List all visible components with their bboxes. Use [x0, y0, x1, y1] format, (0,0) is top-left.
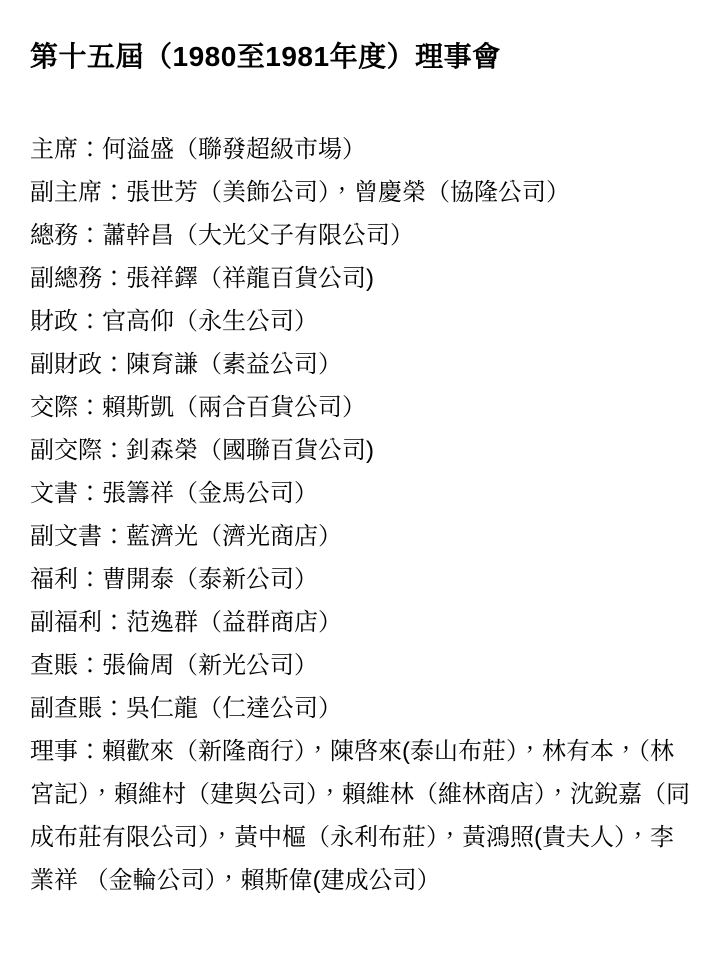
roster-line: 查賬：張倫周（新光公司）: [30, 644, 690, 687]
committee-roster-list: 主席：何溢盛（聯發超級市場）副主席：張世芳（美飾公司），曾慶榮（協隆公司）總務：…: [30, 128, 690, 902]
page-title: 第十五屆（1980至1981年度）理事會: [30, 40, 690, 74]
document-page: 第十五屆（1980至1981年度）理事會 主席：何溢盛（聯發超級市場）副主席：張…: [0, 0, 720, 960]
document-body: 第十五屆（1980至1981年度）理事會 主席：何溢盛（聯發超級市場）副主席：張…: [0, 40, 720, 902]
roster-line: 副查賬：吳仁龍（仁達公司）: [30, 687, 690, 730]
roster-line: 福利：曹開泰（泰新公司）: [30, 558, 690, 601]
roster-line: 理事：賴歡來（新隆商行），陳啓來(泰山布莊），林有本，（林宮記），賴維村（建與公…: [30, 730, 690, 902]
roster-line: 副交際：釗森榮（國聯百貨公司): [30, 429, 690, 472]
roster-line: 副福利：范逸群（益群商店）: [30, 601, 690, 644]
roster-line: 文書：張籌祥（金馬公司）: [30, 472, 690, 515]
roster-line: 總務：蕭幹昌（大光父子有限公司）: [30, 214, 690, 257]
roster-line: 副文書：藍濟光（濟光商店）: [30, 515, 690, 558]
roster-line: 主席：何溢盛（聯發超級市場）: [30, 128, 690, 171]
roster-line: 財政：官高仰（永生公司）: [30, 300, 690, 343]
roster-line: 副財政：陳育謙（素益公司）: [30, 343, 690, 386]
roster-line: 副總務：張祥鐸（祥龍百貨公司): [30, 257, 690, 300]
roster-line: 交際：賴斯凱（兩合百貨公司）: [30, 386, 690, 429]
roster-line: 副主席：張世芳（美飾公司），曾慶榮（協隆公司）: [30, 171, 690, 214]
